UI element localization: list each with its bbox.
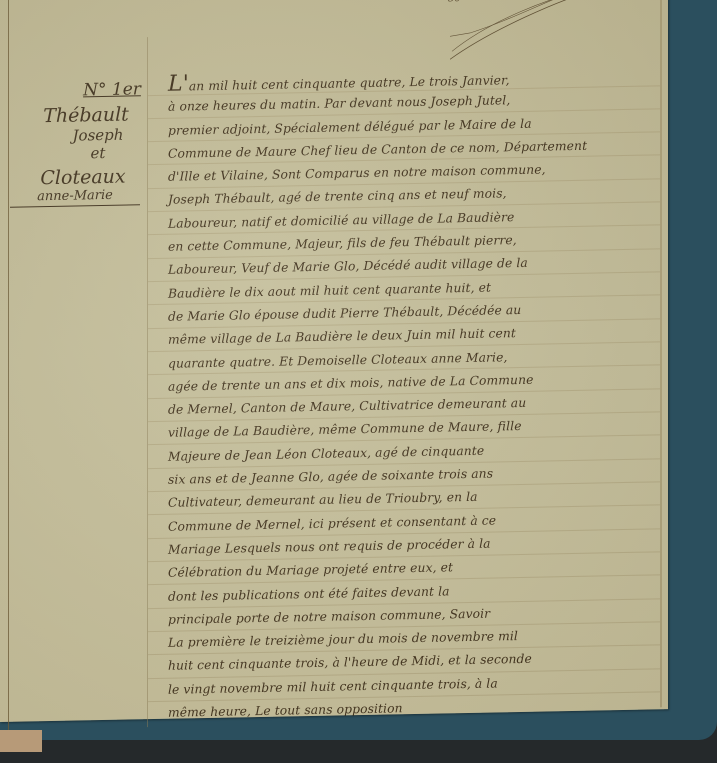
register-page: 30 N° 1er Thébault Joseph et Cloteaux an… [0,0,668,722]
entry-number: N° 1er [78,79,146,100]
pen-flourish [450,0,610,61]
entry-body: L'an mil huit cent cinquante quatre, Le … [168,63,658,725]
margin-annotation: N° 1er Thébault Joseph et Cloteaux anne-… [50,79,146,207]
paper-corner-tab [0,730,42,752]
groom-given-name: Joseph [50,125,146,145]
left-margin-rule [8,0,9,735]
bride-surname: Cloteaux [20,165,146,189]
right-edge-rule [660,0,662,707]
groom-surname: Thébault [26,103,146,127]
conjunction-text: et [50,143,146,163]
bride-given-name: anne-Marie [10,187,140,207]
